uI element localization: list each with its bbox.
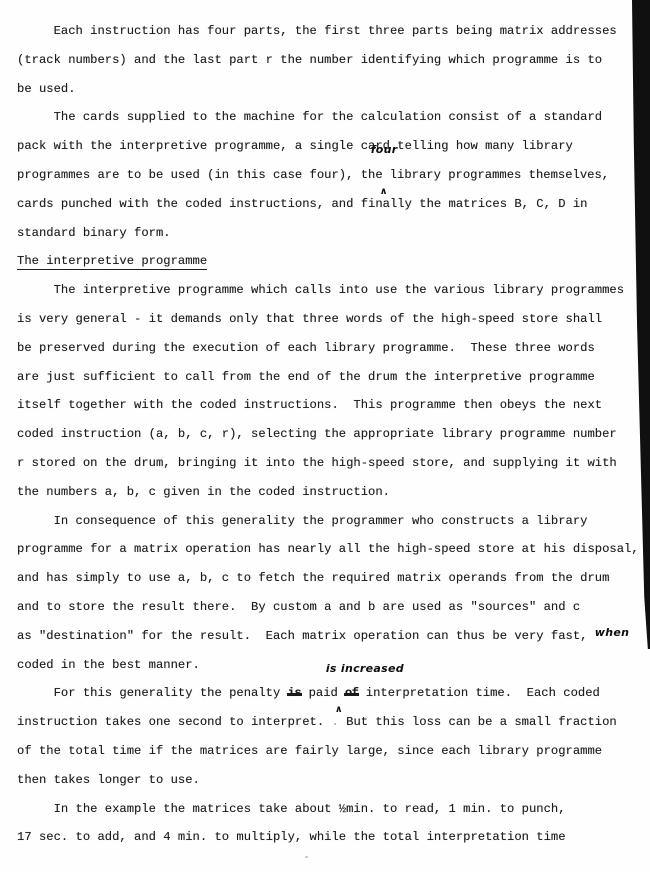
typed-text: pack with the interpretive programme, a … [17,139,573,153]
typed-text: programme for a matrix operation has nea… [17,542,639,556]
text-line: programme for a matrix operation has nea… [17,535,637,564]
handwritten-text: when [595,626,630,639]
text-line: be preserved during the execution of eac… [17,334,637,363]
text-line: the numbers a, b, c given in the coded i… [17,478,637,507]
typed-text: be used. [17,82,76,96]
text-line: pack with the interpretive programme, a … [17,132,637,161]
text-line: and to store the result there. By custom… [17,593,637,622]
struck-out-word: of [345,686,359,700]
text-line: In consequence of this generality the pr… [17,507,637,536]
text-line: of the total time if the matrices are fa… [17,737,637,766]
text-line: 17 sec. to add, and 4 min. to multiply, … [17,823,637,852]
typed-text: Each instruction has four parts, the fir… [17,24,617,38]
text-line: coded instruction (a, b, c, r), selectin… [17,420,637,449]
text-line: and has simply to use a, b, c to fetch t… [17,564,637,593]
stray-mark [305,856,308,858]
typed-text: The interpretive programme which calls i… [17,283,624,297]
caret-mark: ∧ [335,705,343,715]
typed-text: coded in the best manner. [17,658,200,672]
document-lines: Each instruction has four parts, the fir… [17,17,637,852]
text-line: as "destination" for the result. Each ma… [17,622,637,651]
text-line: r stored on the drum, bringing it into t… [17,449,637,478]
typed-text: standard binary form. [17,226,171,240]
caret-mark: ∧ [380,187,388,197]
text-line: standard binary form. [17,219,637,248]
text-line: The interpretive programme which calls i… [17,276,637,305]
typed-text: then takes longer to use. [17,773,200,787]
text-line: be used. [17,75,637,104]
struck-out-word: is [288,686,302,700]
typed-text: The cards supplied to the machine for th… [17,110,602,124]
typed-text: are just sufficient to call from the end… [17,370,595,384]
typed-text: In the example the matrices take about ½… [17,802,566,816]
typed-text: r stored on the drum, bringing it into t… [17,456,617,470]
handwritten-text: is increased [326,655,404,684]
typed-text: 17 sec. to add, and 4 min. to multiply, … [17,830,566,844]
typed-text: is very general - it demands only that t… [17,312,602,326]
typed-text: For this generality the penalty [17,686,288,700]
text-line: is very general - it demands only that t… [17,305,637,334]
typed-text: and to store the result there. By custom… [17,600,580,614]
typed-text: library programmes themselves, [390,168,609,182]
typed-text: . [332,715,339,729]
typed-text: programmes are to be used (in this case … [17,168,383,182]
typed-text: In consequence of this generality the pr… [17,514,587,528]
typed-text: (track numbers) and the last part r the … [17,53,602,67]
text-line: itself together with the coded instructi… [17,391,637,420]
typed-text: paid [301,686,338,700]
text-line: The cards supplied to the machine for th… [17,103,637,132]
text-line: Each instruction has four parts, the fir… [17,17,637,46]
typed-text: and has simply to use a, b, c to fetch t… [17,571,609,585]
text-line: then takes longer to use. [17,766,637,795]
section-heading: The interpretive programme [17,247,637,276]
typed-text: itself together with the coded instructi… [17,398,602,412]
typed-text: instruction takes one second to interpre… [17,715,332,729]
text-line: (track numbers) and the last part r the … [17,46,637,75]
typed-text: be preserved during the execution of eac… [17,341,595,355]
text-line: programmes are to be used (in this case … [17,161,637,190]
text-line: In the example the matrices take about ½… [17,795,637,824]
text-line: For this generality the penalty is paidi… [17,679,637,708]
typed-text: coded instruction (a, b, c, r), selectin… [17,427,617,441]
handwritten-text: four [371,136,398,165]
document-page: Each instruction has four parts, the fir… [0,0,650,872]
text-line: cards punched with the coded instruction… [17,190,637,219]
typed-text: of the total time if the matrices are fa… [17,744,602,758]
typed-text: as "destination" for the result. Each ma… [17,629,595,643]
text-line: instruction takes one second to interpre… [17,708,637,737]
heading-text: The interpretive programme [17,254,207,270]
typed-text: But this loss can be a small fraction [339,715,617,729]
text-line: are just sufficient to call from the end… [17,363,637,392]
typed-text: cards punched with the coded instruction… [17,197,587,211]
typed-text: interpretation time. Each coded [358,686,599,700]
typed-text: the numbers a, b, c given in the coded i… [17,485,390,499]
